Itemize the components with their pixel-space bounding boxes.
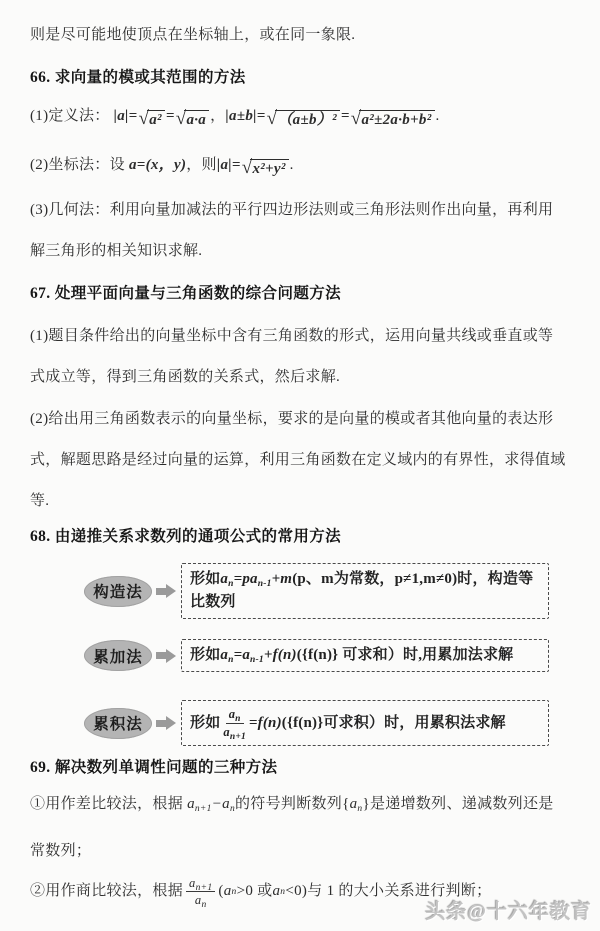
- plain-text: 形如: [190, 571, 220, 587]
- math-text: =pa: [234, 571, 258, 587]
- radicand: a²±2a·b+b²: [359, 110, 434, 128]
- plain-text: >0 或: [237, 881, 273, 902]
- subscript: n-1: [250, 655, 264, 665]
- formula-definition-method: (1)定义法： |a|=√a²=√a·a，|a±b|=√（a±b）²=√a²±2…: [30, 106, 440, 128]
- method-box-accumulate-product: 形如 anan+1 =f(n)({f(n)}可求积）时，用累积法求解: [181, 700, 549, 746]
- formula-coordinate-method: (2)坐标法：设 a=(x，y)，则|a|=√x²+y².: [30, 155, 294, 177]
- fraction-denominator: an: [195, 892, 207, 907]
- watermark-toutiao: 头条@十六年教育: [425, 895, 592, 924]
- sqrt-expression: √a²±2a·b+b²: [351, 110, 435, 128]
- sqrt-expression: √x²+y²: [242, 159, 289, 177]
- sqrt-expression: √a·a: [176, 110, 209, 128]
- section-67-heading: 67. 处理平面向量与三角函数的综合问题方法: [30, 283, 341, 304]
- plain-text: ，则: [186, 157, 217, 173]
- fraction: anan+1: [223, 707, 246, 739]
- section-66-heading: 66. 求向量的模或其范围的方法: [30, 67, 246, 88]
- math-text: a: [220, 571, 228, 587]
- paragraph-line: (2)给出用三角函数表示的向量坐标，要求的是向量的模或者其他向量的表达形: [30, 409, 553, 430]
- difference-comparison-line: ①用作差比较法，根据 an+1−an的符号判断数列{an}是递增数列、递减数列还…: [30, 794, 554, 815]
- method-oval-construction: 构造法: [84, 576, 152, 607]
- radicand: a·a: [184, 110, 209, 128]
- quotient-comparison-line: ②用作商比较法，根据 an+1an (an>0 或 an<0)与 1 的大小关系…: [30, 876, 491, 908]
- math-text: +m: [272, 571, 293, 587]
- fraction-numerator: an: [226, 707, 244, 723]
- plain-text: ({f(n)} 可求和）时,用累加法求解: [297, 647, 514, 663]
- math-text: a: [224, 881, 232, 902]
- sqrt-expression: √（a±b）²: [267, 110, 340, 128]
- paragraph-line: (1)题目条件给出的向量坐标中含有三角函数的形式，运用向量共线或垂直或等: [30, 326, 553, 347]
- diagram-row-construction: 构造法 形如an=pan-1+m(p、m为常数，p≠1,m≠0)时，构造等比数列: [84, 563, 549, 619]
- math-text: =a: [234, 647, 250, 663]
- arrow-right-icon: [156, 584, 176, 598]
- subscript: n-1: [258, 579, 272, 589]
- radicand: （a±b）²: [275, 110, 340, 128]
- arrow-right-icon: [156, 716, 176, 730]
- formula-label: (2)坐标法：设: [30, 157, 129, 173]
- math-text: a=(x，y): [129, 157, 186, 173]
- document-page: 则是尽可能地使顶点在坐标轴上，或在同一象限. 66. 求向量的模或其范围的方法 …: [0, 0, 600, 931]
- method-box-accumulate-sum: 形如an=an-1+f(n)({f(n)} 可求和）时,用累加法求解: [181, 639, 549, 672]
- geometry-method-line-2: 解三角形的相关知识求解.: [30, 241, 202, 262]
- plain-text: ②用作商比较法，根据: [30, 881, 183, 902]
- geometry-method-line-1: (3)几何法：利用向量加减法的平行四边形法则或三角形法则作出向量，再利用: [30, 200, 553, 221]
- math-text: |a|=: [217, 157, 241, 173]
- plain-text: 的符号判断数列{: [235, 796, 350, 812]
- math-text: a: [220, 647, 228, 663]
- plain-text: }是递增数列、递减数列还是: [362, 796, 553, 812]
- section-69-heading: 69. 解决数列单调性问题的三种方法: [30, 757, 277, 778]
- math-text: |a|=: [114, 108, 138, 124]
- paragraph-line: 式，解题思路是经过向量的运算，利用三角函数在定义域内的有界性，求得值域: [30, 450, 566, 471]
- arrow-right-icon: [156, 649, 176, 663]
- punctuation: ，: [210, 108, 225, 124]
- plain-text: ({f(n)}可求积）时，用累积法求解: [282, 712, 506, 735]
- punctuation: .: [436, 108, 440, 124]
- plain-text: 形如: [190, 712, 220, 735]
- math-text: −: [212, 796, 222, 812]
- punctuation: .: [290, 157, 294, 173]
- method-box-construction: 形如an=pan-1+m(p、m为常数，p≠1,m≠0)时，构造等比数列: [181, 563, 549, 619]
- diagram-row-accumulate-sum: 累加法 形如an=an-1+f(n)({f(n)} 可求和）时,用累加法求解: [84, 639, 549, 672]
- formula-label: (1)定义法：: [30, 108, 110, 124]
- paragraph-line: 式成立等，得到三角函数的关系式，然后求解.: [30, 367, 340, 388]
- math-text: a: [222, 796, 230, 812]
- radicand: x²+y²: [250, 159, 288, 177]
- difference-comparison-line-2: 常数列；: [30, 841, 91, 862]
- math-text: =f(n): [249, 712, 282, 735]
- radicand: a²: [147, 110, 165, 128]
- fraction-denominator: an+1: [223, 724, 246, 739]
- intro-line: 则是尽可能地使顶点在坐标轴上，或在同一象限.: [30, 25, 355, 46]
- fraction-numerator: an+1: [186, 876, 215, 892]
- section-68-heading: 68. 由递推关系求数列的通项公式的常用方法: [30, 526, 341, 547]
- plain-text: ①用作差比较法，根据: [30, 796, 187, 812]
- diagram-row-accumulate-product: 累积法 形如 anan+1 =f(n)({f(n)}可求积）时，用累积法求解: [84, 700, 549, 746]
- plain-text: 形如: [190, 647, 220, 663]
- fraction: an+1an: [186, 876, 215, 908]
- method-oval-accumulate-product: 累积法: [84, 708, 152, 739]
- sqrt-expression: √a²: [139, 110, 165, 128]
- math-text: =: [166, 108, 175, 124]
- math-text: a: [187, 796, 195, 812]
- math-text: +f(n): [264, 647, 297, 663]
- paragraph-line: 等.: [30, 491, 49, 512]
- math-text: a: [272, 881, 280, 902]
- subscript: n+1: [195, 804, 212, 814]
- math-text: =: [341, 108, 350, 124]
- method-oval-accumulate-sum: 累加法: [84, 640, 152, 671]
- math-text: |a±b|=: [225, 108, 265, 124]
